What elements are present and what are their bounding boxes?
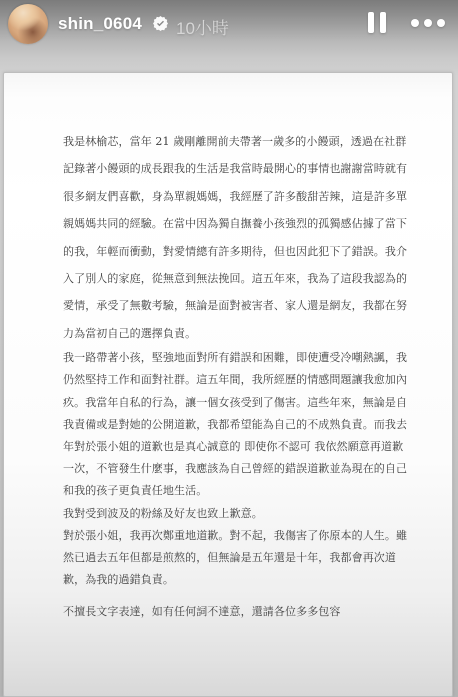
username[interactable]: shin_0604 (58, 14, 142, 34)
paragraph: 我一路帶著小孩，堅強地面對所有錯誤和困難，即使遭受冷嘲熱諷，我仍然堅持工作和面對… (63, 347, 407, 502)
document-line: 不擅長文字表達，如有任何詞不達意，還請各位多多包容 (63, 601, 407, 623)
document-line: 力為當初自己的選擇負責。 (63, 320, 407, 347)
document-page: 我是林榆芯，當年 21 歲剛離開前夫帶著一歲多的小饅頭，透過在社群記錄著小饅頭的… (3, 72, 453, 697)
document-line: 我對受到波及的粉絲及好友也致上歉意。 (63, 503, 407, 525)
document-line: 一次，不管發生什麼事，我應該為自己曾經的錯誤道歉並為現在的自己 (63, 458, 407, 480)
paragraph: 對於張小姐，我再次鄭重地道歉。對不起，我傷害了你原本的人生。雖然已過去五年但都是… (63, 525, 407, 592)
document-line: 仍然堅持工作和面對社群。這五年間，我所經歷的情感問題讓我愈加內 (63, 369, 407, 391)
document-line: 我責備或是對她的公開道歉，我都希望能為自己的不成熟負責。而我去 (63, 414, 407, 436)
paragraph: 我是林榆芯，當年 21 歲剛離開前夫帶著一歲多的小饅頭，透過在社群記錄著小饅頭的… (63, 128, 407, 347)
document-line: 對於張小姐，我再次鄭重地道歉。對不起，我傷害了你原本的人生。雖 (63, 525, 407, 547)
pause-icon[interactable] (368, 12, 386, 33)
document-line: 愛情，承受了無數考驗，無論是面對被害者、家人還是網友，我都在努 (63, 292, 407, 319)
document-line: 然已過去五年但都是煎熬的，但無論是五年還是十年，我都會再次道 (63, 547, 407, 569)
document-line: 我一路帶著小孩，堅強地面對所有錯誤和困難，即使遭受冷嘲熱諷，我 (63, 347, 407, 369)
document-line: 記錄著小饅頭的成長跟我的生活是我當時最開心的事情也謝謝當時就有 (63, 155, 407, 182)
document-line: 歉，為我的過錯負責。 (63, 569, 407, 591)
document-line: 我是林榆芯，當年 21 歲剛離開前夫帶著一歲多的小饅頭，透過在社群 (63, 128, 407, 155)
document-line: 很多網友們喜歡，身為單親媽媽，我經歷了許多酸甜苦辣，這是許多單 (63, 183, 407, 210)
document-line: 疚。我當年自私的行為，讓一個女孩受到了傷害。這些年來，無論是自 (63, 392, 407, 414)
more-options-icon[interactable] (411, 19, 445, 27)
document-line: 入了別人的家庭，從無意到無法挽回。這五年來，我為了這段我認為的 (63, 265, 407, 292)
paragraph: 不擅長文字表達，如有任何詞不達意，還請各位多多包容 (63, 601, 407, 623)
story-header: shin_0604 10小時 (0, 0, 458, 58)
verified-badge-icon (153, 16, 168, 31)
document-line: 和我的孩子更負責任地生活。 (63, 480, 407, 502)
paragraph: 我對受到波及的粉絲及好友也致上歉意。 (63, 503, 407, 525)
document-text: 我是林榆芯，當年 21 歲剛離開前夫帶著一歲多的小饅頭，透過在社群記錄著小饅頭的… (63, 128, 407, 624)
story-timestamp: 10小時 (176, 14, 229, 39)
document-line: 的我，年輕而衝動，對愛情總有許多期待，但也因此犯下了錯誤。我介 (63, 238, 407, 265)
avatar[interactable] (8, 4, 48, 44)
document-line: 年對於張小姐的道歉也是真心誠意的 即使你不認可 我依然願意再道歉 (63, 436, 407, 458)
document-line: 親媽媽共同的經驗。在當中因為獨自撫養小孩強烈的孤獨感佔據了當下 (63, 210, 407, 237)
